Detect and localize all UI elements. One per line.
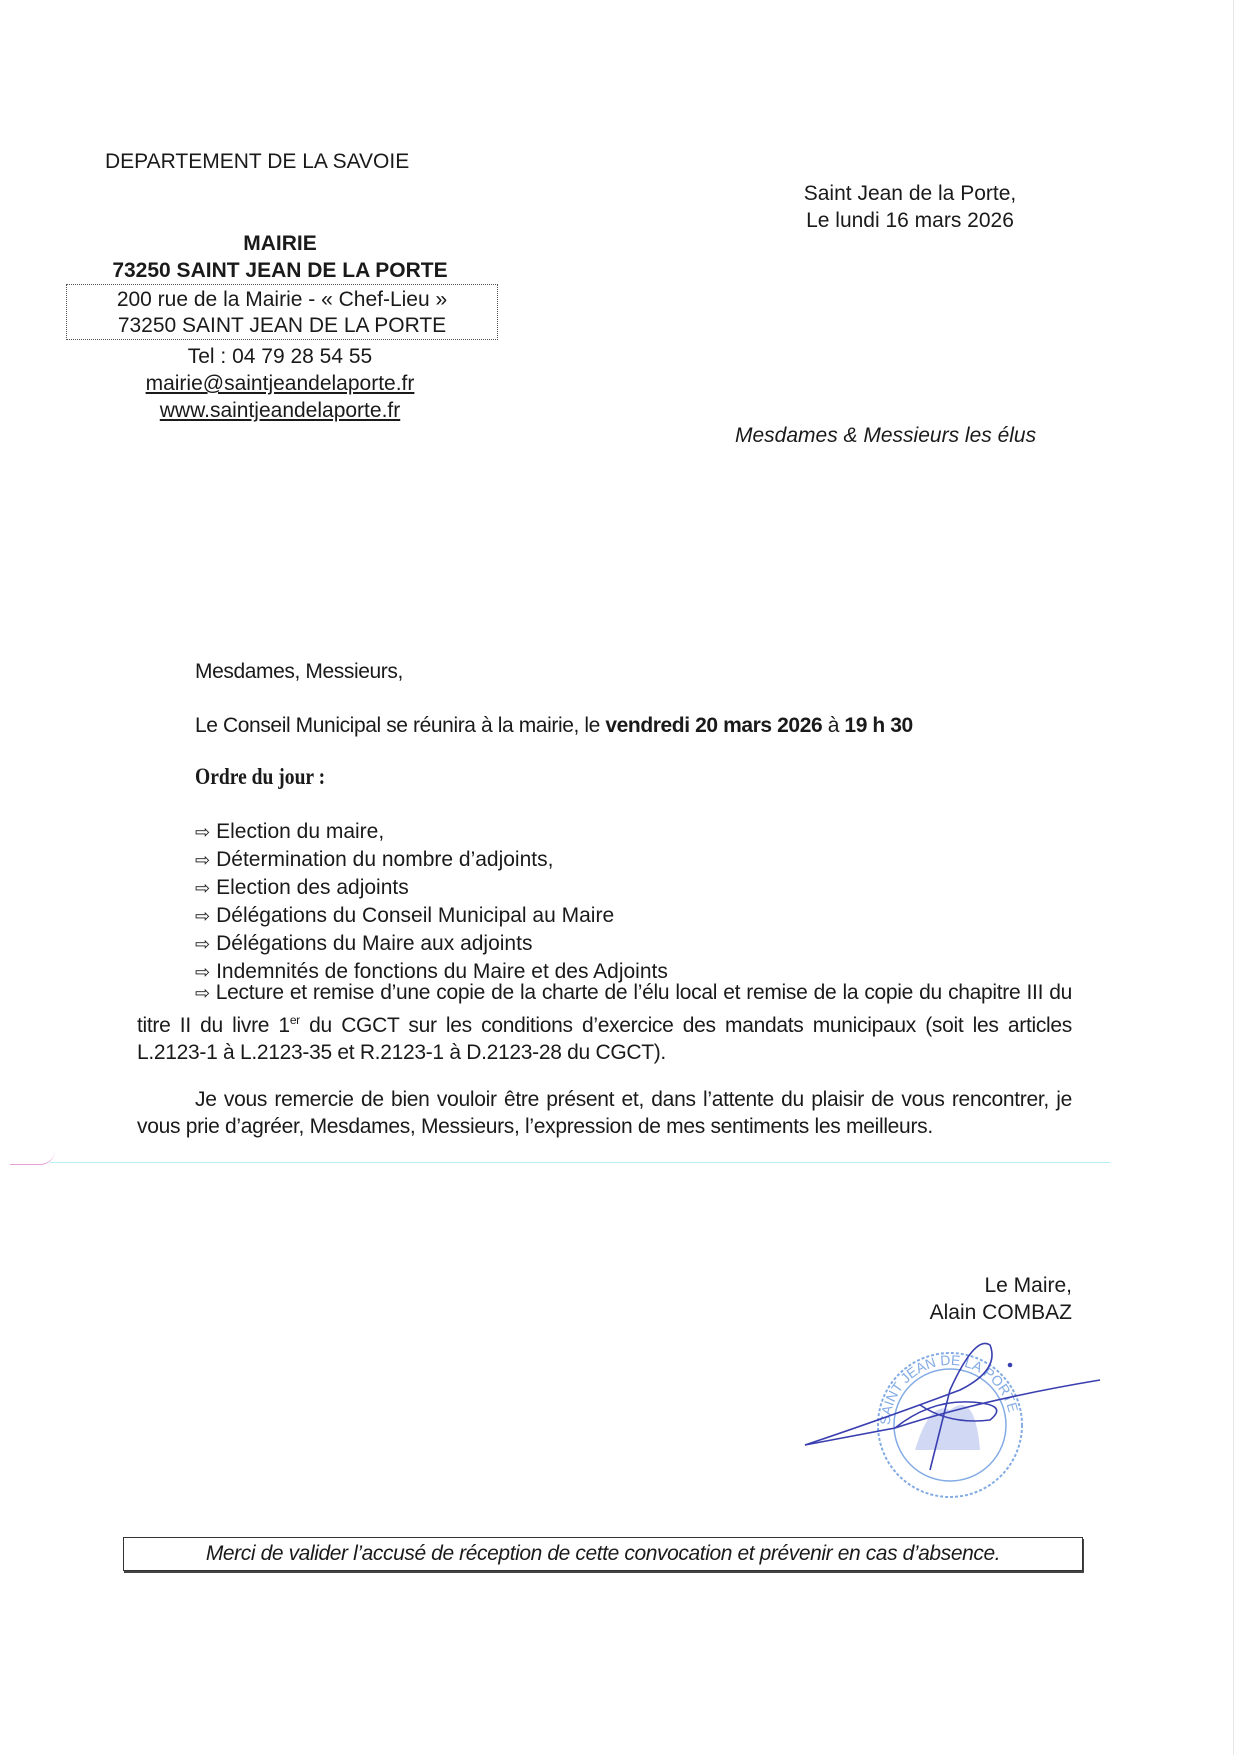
address-line-1: 200 rue de la Mairie - « Chef-Lieu » [67,287,497,313]
mairie-label: MAIRIE [60,230,500,257]
website-link[interactable]: www.saintjeandelaporte.fr [160,399,400,422]
agenda-item: ⇨Election des adjoints [195,874,668,902]
arrow-right-icon: ⇨ [195,878,210,898]
salutation: Mesdames, Messieurs, [195,660,403,684]
agenda-item: ⇨Détermination du nombre d’adjoints, [195,846,668,874]
signature-stamp: SAINT JEAN DE LA PORTE [800,1330,1110,1510]
address-box: 200 rue de la Mairie - « Chef-Lieu » 732… [66,284,498,340]
arrow-right-icon: ⇨ [195,906,210,926]
commune-label: 73250 SAINT JEAN DE LA PORTE [60,257,500,284]
scan-edge-line [1233,0,1234,1755]
arrow-right-icon: ⇨ [195,850,210,870]
acknowledgement-notice: Merci de valider l’accusé de réception d… [123,1537,1083,1571]
agenda-title: Ordre du jour : [195,764,325,790]
agenda-item: ⇨Délégations du Maire aux adjoints [195,930,668,958]
agenda-item: ⇨Election du maire, [195,818,668,846]
signatory-name: Alain COMBAZ [860,1299,1072,1326]
address-line-2: 73250 SAINT JEAN DE LA PORTE [67,313,497,339]
signatory: Le Maire, Alain COMBAZ [860,1272,1072,1326]
recipient: Mesdames & Messieurs les élus [735,424,1036,448]
intro-at: à [822,714,844,737]
meeting-date: vendredi 20 mars 2026 [605,714,822,737]
intro-text: Le Conseil Municipal se réunira à la mai… [195,714,605,737]
letter-date: Le lundi 16 mars 2026 [760,207,1060,234]
agenda-item-charter: ⇨Lecture et remise d’une copie de la cha… [137,979,1072,1066]
phone-number: Tel : 04 79 28 54 55 [60,343,500,370]
meeting-time: 19 h 30 [844,714,912,737]
agenda-list: ⇨Election du maire, ⇨Détermination du no… [195,818,668,986]
scan-artifact [10,1150,55,1165]
arrow-right-icon: ⇨ [195,822,210,842]
arrow-right-icon: ⇨ [195,934,210,954]
department-heading: DEPARTEMENT DE LA SAVOIE [105,150,409,174]
arrow-right-icon: ⇨ [195,983,210,1003]
closing-paragraph: Je vous remercie de bien vouloir être pr… [137,1086,1072,1140]
place: Saint Jean de la Porte, [760,180,1060,207]
place-date: Saint Jean de la Porte, Le lundi 16 mars… [760,180,1060,234]
scan-artifact-line [50,1162,1110,1163]
mairie-heading: MAIRIE 73250 SAINT JEAN DE LA PORTE [60,230,500,284]
signatory-role: Le Maire, [860,1272,1072,1299]
agenda-item: ⇨Délégations du Conseil Municipal au Mai… [195,902,668,930]
contact-block: Tel : 04 79 28 54 55 mairie@saintjeandel… [60,343,500,424]
meeting-announcement: Le Conseil Municipal se réunira à la mai… [195,714,913,738]
superscript-er: er [290,1013,300,1027]
email-link[interactable]: mairie@saintjeandelaporte.fr [146,372,415,395]
